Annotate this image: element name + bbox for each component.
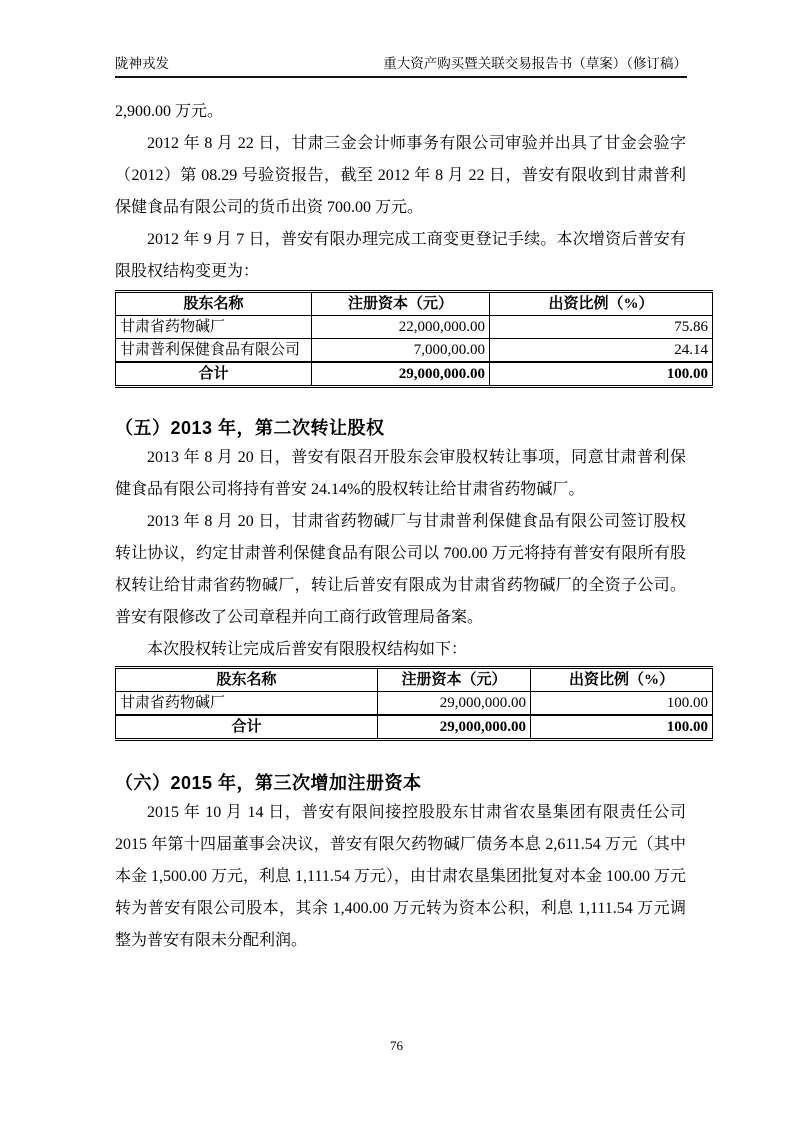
table-total-row: 合计 29,000,000.00 100.00: [116, 362, 713, 387]
cell-shareholder-name: 甘肃省药物碱厂: [116, 692, 378, 716]
cell-shareholder-name: 甘肃普利保健食品有限公司: [116, 339, 312, 363]
paragraph-equity-transfer-agreement: 2013 年 8 月 20 日，甘肃省药物碱厂与甘肃普利保健食品有限公司签订股权…: [115, 506, 686, 634]
cell-total-capital: 29,000,000.00: [312, 362, 490, 387]
table-row: 甘肃省药物碱厂 29,000,000.00 100.00: [116, 692, 713, 716]
cell-registered-capital: 7,000,00.00: [312, 339, 490, 363]
cell-total-ratio: 100.00: [531, 715, 713, 740]
paragraph-debt-to-equity: 2015 年 10 月 14 日，普安有限间接控股股东甘肃省农垦集团有限责任公司…: [115, 797, 686, 957]
column-header-contribution-ratio: 出资比例（%）: [490, 292, 713, 316]
header-report-title: 重大资产购买暨关联交易报告书（草案）（修订稿）: [383, 55, 687, 73]
cell-contribution-ratio: 100.00: [531, 692, 713, 716]
paragraph-registration-change: 2012 年 9 月 7 日，普安有限办理完成工商变更登记手续。本次增资后普安有…: [115, 224, 686, 288]
cell-contribution-ratio: 24.14: [490, 339, 713, 363]
header-company-name: 陇神戎发: [115, 55, 169, 73]
paragraph-amount-continuation: 2,900.00 万元。: [115, 96, 686, 128]
cell-registered-capital: 22,000,000.00: [312, 316, 490, 339]
column-header-registered-capital: 注册资本（元）: [312, 292, 490, 316]
page-footer: 76: [0, 1038, 793, 1054]
paragraph-capital-verification: 2012 年 8 月 22 日，甘肃三金会计师事务有限公司审验并出具了甘金会验字…: [115, 128, 686, 224]
table-header-row: 股东名称 注册资本（元） 出资比例（%）: [116, 292, 713, 316]
page-number: 76: [390, 1038, 403, 1053]
shareholding-table-after-capital-increase: 股东名称 注册资本（元） 出资比例（%） 甘肃省药物碱厂 22,000,000.…: [115, 290, 713, 388]
table-row: 甘肃普利保健食品有限公司 7,000,00.00 24.14: [116, 339, 713, 363]
cell-total-label: 合计: [116, 715, 378, 740]
table-row: 甘肃省药物碱厂 22,000,000.00 75.86: [116, 316, 713, 339]
cell-shareholder-name: 甘肃省药物碱厂: [116, 316, 312, 339]
column-header-contribution-ratio: 出资比例（%）: [531, 668, 713, 692]
section-heading-5: （五）2013 年，第二次转让股权: [115, 414, 712, 442]
cell-total-capital: 29,000,000.00: [378, 715, 531, 740]
page-content: 2,900.00 万元。 2012 年 8 月 22 日，甘肃三金会计师事务有限…: [115, 96, 712, 957]
document-page: 陇神戎发 重大资产购买暨关联交易报告书（草案）（修订稿） 2,900.00 万元…: [0, 0, 793, 1122]
column-header-registered-capital: 注册资本（元）: [378, 668, 531, 692]
cell-total-label: 合计: [116, 362, 312, 387]
shareholding-table-after-transfer: 股东名称 注册资本（元） 出资比例（%） 甘肃省药物碱厂 29,000,000.…: [115, 666, 713, 741]
table-header-row: 股东名称 注册资本（元） 出资比例（%）: [116, 668, 713, 692]
section-heading-6: （六）2015 年，第三次增加注册资本: [115, 769, 712, 797]
column-header-shareholder-name: 股东名称: [116, 668, 378, 692]
page-header: 陇神戎发 重大资产购买暨关联交易报告书（草案）（修订稿）: [115, 55, 687, 78]
cell-contribution-ratio: 75.86: [490, 316, 713, 339]
cell-total-ratio: 100.00: [490, 362, 713, 387]
column-header-shareholder-name: 股东名称: [116, 292, 312, 316]
paragraph-shareholder-meeting: 2013 年 8 月 20 日，普安有限召开股东会审股权转让事项，同意甘肃普利保…: [115, 442, 686, 506]
paragraph-table-lead: 本次股权转让完成后普安有限股权结构如下：: [115, 634, 686, 666]
table-total-row: 合计 29,000,000.00 100.00: [116, 715, 713, 740]
cell-registered-capital: 29,000,000.00: [378, 692, 531, 716]
